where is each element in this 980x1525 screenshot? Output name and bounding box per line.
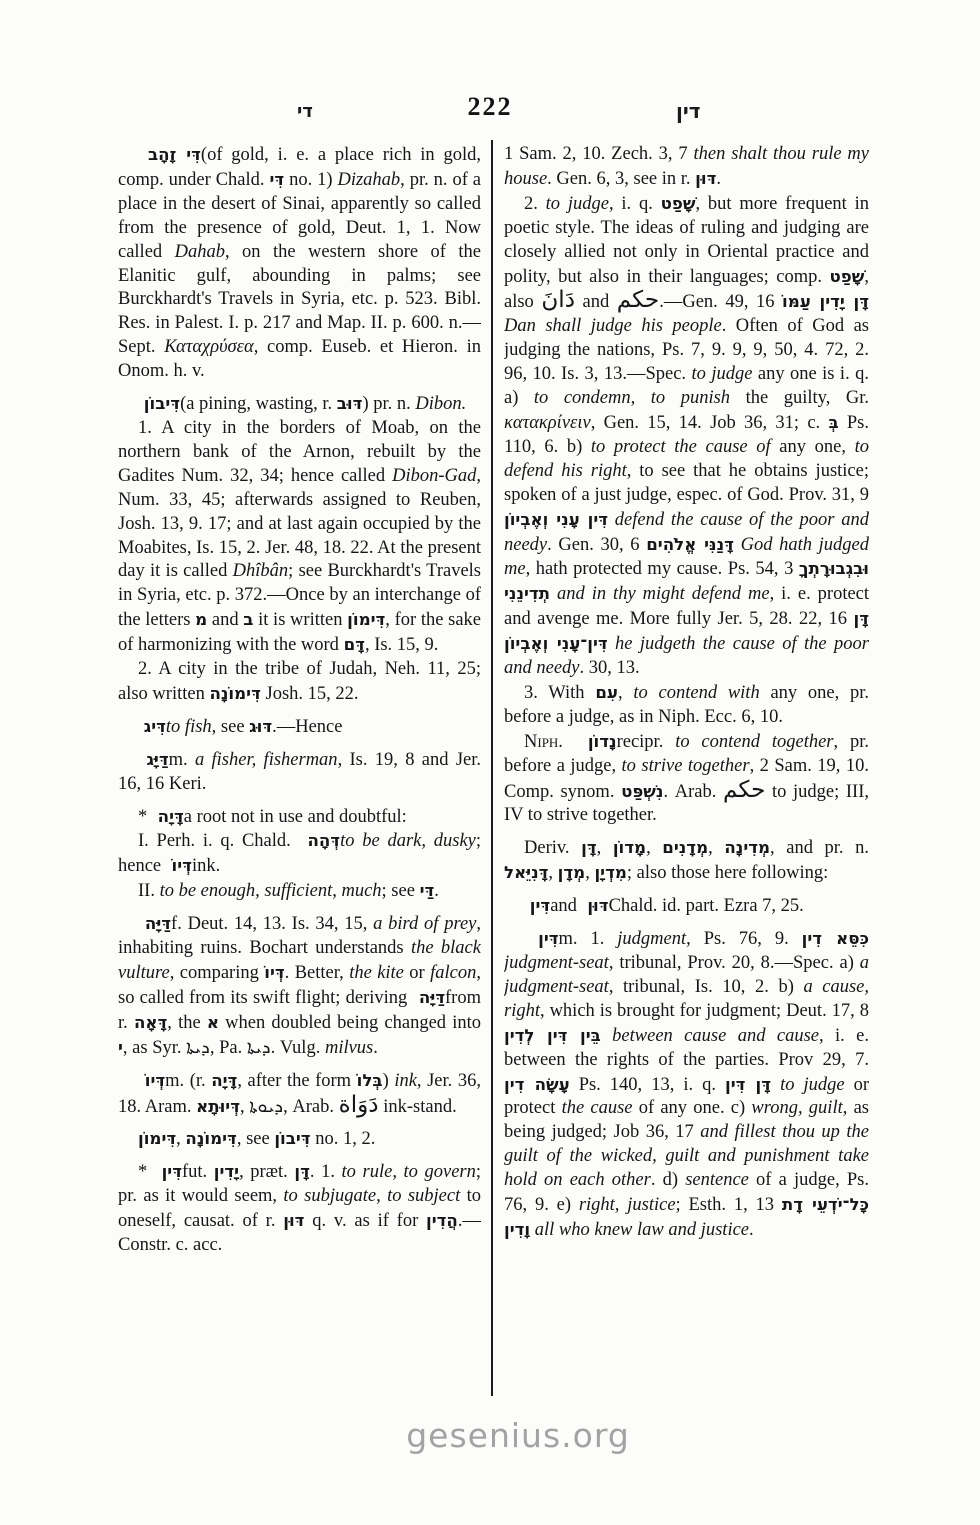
- entry-paragraph: Niph. נָדוֹן recipr. to contend together…: [504, 730, 869, 829]
- body-text: f. Deut. 14, 13. Is. 34, 15,: [171, 914, 373, 934]
- body-text: (a pining, wasting, r.: [180, 394, 337, 414]
- body-text: Chald. id. part. Ezra 7, 25.: [609, 896, 804, 916]
- hebrew-text: דָּאָה: [134, 1013, 167, 1032]
- hebrew-text: דּוּן: [695, 169, 716, 188]
- hebrew-text: דִּין: [524, 896, 550, 915]
- hebrew-text: א: [207, 1013, 219, 1032]
- hebrew-text: דָּיָה: [152, 807, 184, 826]
- body-text: , Gen. 15, 14. Job 36, 31; c.: [591, 413, 829, 433]
- hebrew-text: דַּי: [420, 881, 435, 900]
- entry-paragraph: דַּיָּג m. a fisher, fisherman, Is. 19, …: [118, 748, 481, 797]
- hebrew-text: דְּיוֹ: [166, 856, 192, 875]
- body-text: , as Syr.: [123, 1038, 186, 1058]
- hebrew-text: דָּן: [581, 838, 597, 857]
- body-text: and: [207, 610, 243, 630]
- body-text: ,: [597, 838, 613, 858]
- italic-text: judgment: [617, 929, 686, 949]
- hebrew-text: מָדוֹן: [613, 838, 646, 857]
- body-text: , which is brought for judgment; Deut. 1…: [540, 1001, 869, 1021]
- hebrew-text: דִּיבוֹן: [274, 1129, 310, 1148]
- column-divider-rule: [491, 140, 493, 1396]
- body-text: , hath protected my cause. Ps. 54, 3: [526, 559, 799, 579]
- hebrew-text: בֵּין דִּין לְדִין: [504, 1026, 601, 1045]
- entry-paragraph: * דִּין fut. יָדִין, præt. דָּן. 1. to r…: [118, 1160, 481, 1258]
- body-text: , the: [167, 1013, 207, 1033]
- hebrew-text: דִּין: [154, 1162, 182, 1181]
- hebrew-text: דִּימוֹנָה: [185, 1129, 236, 1148]
- italic-text: Dhîbân: [233, 561, 289, 581]
- body-text: ; also those here following:: [627, 863, 828, 883]
- body-text: . 1.: [310, 1162, 342, 1182]
- body-text: , Ps. 76, 9.: [686, 929, 802, 949]
- hebrew-text: כִּסֵּא דִין: [802, 929, 869, 948]
- body-text: Ps. 140, 13, i. q.: [570, 1075, 725, 1095]
- italic-text: Dibon.: [415, 394, 466, 414]
- column-right: 1 Sam. 2, 10. Zech. 3, 7 then shalt thou…: [504, 143, 869, 1405]
- body-text: m.: [169, 750, 195, 770]
- hebrew-text: דְּיוֹ: [138, 1071, 165, 1090]
- hebrew-text: דַּיָּג: [138, 750, 169, 769]
- column-left: דִּי זָהָב (of gold, i. e. a place rich …: [118, 143, 481, 1395]
- body-text: ,: [618, 683, 633, 703]
- italic-text: to condemn, to punish: [534, 388, 730, 408]
- arabic-text: دَوَاة: [339, 1092, 379, 1118]
- body-text: , præt.: [239, 1162, 294, 1182]
- italic-text: a bird of prey: [373, 914, 476, 934]
- body-text: . Vulg.: [271, 1038, 325, 1058]
- body-text: ,: [240, 1097, 249, 1117]
- entry-paragraph: 2. A city in the tribe of Judah, Neh. 11…: [118, 658, 481, 707]
- body-text: [601, 1026, 612, 1046]
- italic-text: to contend together: [675, 732, 833, 752]
- italic-text: the cause: [562, 1098, 633, 1118]
- watermark: gesenius.org: [28, 1416, 980, 1455]
- italic-text: wrong, guilt: [751, 1098, 842, 1118]
- body-text: , tribunal, Is. 10, 2. b): [609, 977, 804, 997]
- hebrew-text: מְדָן: [558, 863, 586, 882]
- body-text: a root not in use and doubtful:: [184, 807, 407, 827]
- hebrew-text: דָּן: [294, 1162, 310, 1181]
- italic-text: right, justice: [579, 1195, 676, 1215]
- body-text: ink-stand.: [379, 1097, 457, 1117]
- hebrew-text: נָדוֹן: [575, 732, 617, 751]
- body-text: or: [404, 963, 430, 983]
- italic-text: the kite: [349, 963, 404, 983]
- entry-paragraph: דִּין and דּוּן Chald. id. part. Ezra 7,…: [504, 894, 869, 919]
- italic-text: to judge: [780, 1075, 845, 1095]
- hebrew-text: דַּיָּה: [413, 988, 446, 1007]
- hebrew-text: דְּיוּתָא: [196, 1097, 240, 1116]
- italic-text: to be dark, dusky: [340, 831, 476, 851]
- hebrew-text: דִּימוֹן: [347, 610, 385, 629]
- body-text: , see: [237, 1129, 275, 1149]
- body-text: . Arab.: [663, 782, 722, 802]
- entry-paragraph: 2. to judge, i. q. שָׁפַט, but more freq…: [504, 192, 869, 681]
- body-text: ,: [548, 863, 557, 883]
- italic-text: to strive together: [622, 756, 750, 776]
- hebrew-text: דִּי זָהָב: [138, 145, 201, 164]
- italic-text: Dahab: [175, 242, 225, 262]
- hebrew-text: בְּ: [828, 413, 838, 432]
- body-text: of any one. c): [633, 1098, 752, 1118]
- body-text: ) pr. n.: [362, 394, 415, 414]
- italic-text: Dizahab: [337, 170, 400, 190]
- body-text: the guilty, Gr.: [730, 388, 869, 408]
- italic-text: to protect the cause of: [591, 437, 771, 457]
- hebrew-text: דּוּן: [283, 1211, 304, 1230]
- italic-text: and in thy might defend me: [557, 584, 770, 604]
- body-text: , Pa.: [210, 1038, 247, 1058]
- hebrew-text: דּוּג: [249, 717, 272, 736]
- italic-text: to judge: [692, 364, 753, 384]
- body-text: II.: [138, 881, 160, 901]
- body-text: , comparing: [170, 963, 265, 983]
- hebrew-text: דִּין: [524, 929, 559, 948]
- arabic-text: دَانَ: [541, 287, 575, 313]
- right-catchword: דין: [676, 99, 701, 123]
- body-text: and: [575, 292, 617, 312]
- hebrew-text: דָּם: [344, 635, 365, 654]
- body-text: . Gen. 30, 6: [547, 535, 646, 555]
- body-text: , tribunal, Prov. 20, 8.—Spec. a): [609, 953, 860, 973]
- italic-text: to be enough, sufficient, much: [160, 881, 382, 901]
- body-text: ,: [646, 838, 662, 858]
- italic-text: all who knew law and justice: [535, 1220, 749, 1240]
- hebrew-text: דּוּב: [337, 394, 363, 413]
- smallcaps-text: Niph.: [524, 732, 575, 752]
- hebrew-text: דַּיָּה: [138, 914, 171, 933]
- hebrew-text: דָּן דִּין: [725, 1075, 771, 1094]
- body-text: .: [373, 1038, 378, 1058]
- syriac-text: ܕܝܘܬܐ: [249, 1097, 283, 1117]
- body-text: [771, 1075, 780, 1095]
- body-text: ,: [708, 838, 724, 858]
- italic-text: to judge: [546, 194, 609, 214]
- body-text: .: [749, 1220, 754, 1240]
- hebrew-text: דּוּן: [582, 896, 609, 915]
- syriac-text: ܕܝܬܐ: [186, 1038, 210, 1058]
- body-text: , and pr. n.: [770, 838, 869, 858]
- page-header: די 222 דין: [0, 92, 980, 132]
- italic-text: a fisher, fisherman: [195, 750, 338, 770]
- hebrew-text: דִּיבוֹן: [138, 394, 180, 413]
- hebrew-text: נִשְׁפַּט: [621, 782, 663, 801]
- body-text: 2.: [524, 194, 546, 214]
- arabic-text: حكم: [723, 777, 765, 803]
- entry-paragraph: Deriv. דָּן, מָדוֹן, מְדָנִים, מְדִינָה,…: [504, 836, 869, 886]
- body-text: [608, 634, 615, 654]
- body-text: . Better,: [285, 963, 350, 983]
- scanned-lexicon-page: די 222 דין דִּי זָהָב (of gold, i. e. a …: [0, 0, 980, 1525]
- page-number: 222: [0, 92, 980, 122]
- body-text: 1 Sam. 2, 10. Zech. 3, 7: [504, 144, 693, 164]
- body-text: ink.: [192, 856, 220, 876]
- hebrew-text: דְּיוֹ: [264, 963, 284, 982]
- italic-text: to contend with: [633, 683, 759, 703]
- hebrew-text: ב: [243, 610, 253, 629]
- hebrew-text: עָשָׂה דִין: [504, 1075, 570, 1094]
- entry-paragraph: I. Perh. i. q. Chald. דְּהָה to be dark,…: [118, 829, 481, 879]
- hebrew-text: הֲדִין: [426, 1211, 458, 1230]
- italic-text: Dibon-Gad: [392, 466, 476, 486]
- entry-paragraph: דִּיבוֹן (a pining, wasting, r. דּוּב) p…: [118, 392, 481, 417]
- body-text: it is written: [253, 610, 347, 630]
- body-text: , after the form: [237, 1071, 356, 1091]
- body-text: .—Gen. 49, 16: [659, 292, 782, 312]
- entry-paragraph: דִּימוֹן, דִּימוֹנָה, see דִּיבוֹן no. 1…: [118, 1127, 481, 1152]
- italic-text: to fish: [166, 717, 212, 737]
- body-text: , i. q.: [609, 194, 661, 214]
- body-text: when doubled being changed into: [219, 1013, 481, 1033]
- hebrew-text: דָּן יָדִין עַמּוֹ: [782, 292, 869, 311]
- hebrew-text: יָדִין: [214, 1162, 239, 1181]
- body-text: ): [383, 1071, 395, 1091]
- hebrew-text: דִּימוֹן: [138, 1129, 176, 1148]
- syriac-text: ܕܝܬܐ: [247, 1038, 271, 1058]
- body-text: . 30, 13.: [580, 658, 640, 678]
- hebrew-text: מְדִינָה: [724, 838, 770, 857]
- entry-paragraph: 3. With עִם, to contend with any one, pr…: [504, 681, 869, 730]
- italic-text: sentence: [685, 1170, 749, 1190]
- body-text: I. Perh. i. q. Chald.: [138, 831, 299, 851]
- hebrew-text: דְּהָה: [299, 831, 341, 850]
- body-text: 3. With: [524, 683, 595, 703]
- hebrew-text: עִם: [595, 683, 618, 702]
- body-text: m. (r.: [165, 1071, 211, 1091]
- entry-paragraph: 1. A city in the borders of Moab, on the…: [118, 417, 481, 658]
- body-text: no. 1, 2.: [311, 1129, 376, 1149]
- italic-text: to subjugate, to subject: [283, 1186, 460, 1206]
- hebrew-text: שָׁפַט: [661, 194, 696, 213]
- entry-paragraph: דְּיוֹ m. (r. דָּיָה, after the form בְּ…: [118, 1069, 481, 1120]
- body-text: [734, 535, 741, 555]
- hebrew-text: דִּין עָנִי וְאֶבְיוֹן: [504, 510, 608, 529]
- body-text: m. 1.: [559, 929, 618, 949]
- hebrew-text: דָּנִיֵּאל: [504, 863, 548, 882]
- body-text: [608, 510, 615, 530]
- hebrew-text: מ: [195, 610, 207, 629]
- italic-text: to rule, to govern: [342, 1162, 476, 1182]
- entry-paragraph: II. to be enough, sufficient, much; see …: [118, 879, 481, 904]
- body-text: *: [138, 1162, 154, 1182]
- italic-text: between cause and cause: [612, 1026, 819, 1046]
- hebrew-text: דִּי: [269, 170, 284, 189]
- body-text: recipr.: [617, 732, 676, 752]
- italic-text: ink: [394, 1071, 417, 1091]
- entry-paragraph: * דָּיָה a root not in use and doubtful:: [118, 805, 481, 830]
- body-text: . d): [651, 1170, 685, 1190]
- entry-paragraph: דַּיָּה f. Deut. 14, 13. Is. 34, 15, a b…: [118, 912, 481, 1060]
- italic-text: falcon: [430, 963, 476, 983]
- hebrew-text: מִדְיָן: [594, 863, 626, 882]
- greek-text: Καταχρύσεα: [164, 337, 253, 357]
- body-text: no. 1): [284, 170, 337, 190]
- italic-text: judgment-seat: [504, 953, 609, 973]
- hebrew-text: בְּלוֹ: [357, 1071, 383, 1090]
- body-text: . Gen. 6, 3, see in r.: [547, 169, 695, 189]
- body-text: , Is. 15, 9.: [365, 635, 439, 655]
- body-text: any one,: [771, 437, 855, 457]
- body-text: .—Hence: [272, 717, 342, 737]
- entry-paragraph: דִּיג to fish, see דּוּג.—Hence: [118, 715, 481, 740]
- hebrew-text: דָּיָה: [211, 1071, 237, 1090]
- body-text: ; see: [382, 881, 420, 901]
- greek-text: κατακρίνειν: [504, 413, 591, 433]
- hebrew-text: דָּנַנִּי אֱלֹהִים: [646, 535, 734, 554]
- italic-text: Dan shall judge his people: [504, 316, 722, 336]
- body-text: q. v. as if for: [304, 1211, 426, 1231]
- hebrew-text: מְדָנִים: [662, 838, 708, 857]
- italic-text: milvus: [325, 1038, 373, 1058]
- body-text: .: [716, 169, 721, 189]
- body-text: ; Esth. 1, 13: [676, 1195, 782, 1215]
- body-text: *: [138, 807, 152, 827]
- body-text: Josh. 15, 22.: [261, 684, 359, 704]
- body-text: , see: [212, 717, 250, 737]
- entry-paragraph: דִּי זָהָב (of gold, i. e. a place rich …: [118, 143, 481, 384]
- body-text: .: [434, 881, 439, 901]
- entry-paragraph: דִּין m. 1. judgment, Ps. 76, 9. כִּסֵּא…: [504, 927, 869, 1243]
- body-text: and: [550, 896, 581, 916]
- hebrew-text: שָׁפַט: [830, 267, 865, 286]
- arabic-text: حكم: [617, 287, 659, 313]
- hebrew-text: דִּימוֹנָה: [209, 684, 260, 703]
- body-text: Deriv.: [524, 838, 581, 858]
- body-text: fut.: [182, 1162, 214, 1182]
- entry-paragraph: 1 Sam. 2, 10. Zech. 3, 7 then shalt thou…: [504, 143, 869, 192]
- body-text: , Arab.: [283, 1097, 338, 1117]
- body-text: [550, 584, 557, 604]
- hebrew-text: דִּיג: [138, 717, 166, 736]
